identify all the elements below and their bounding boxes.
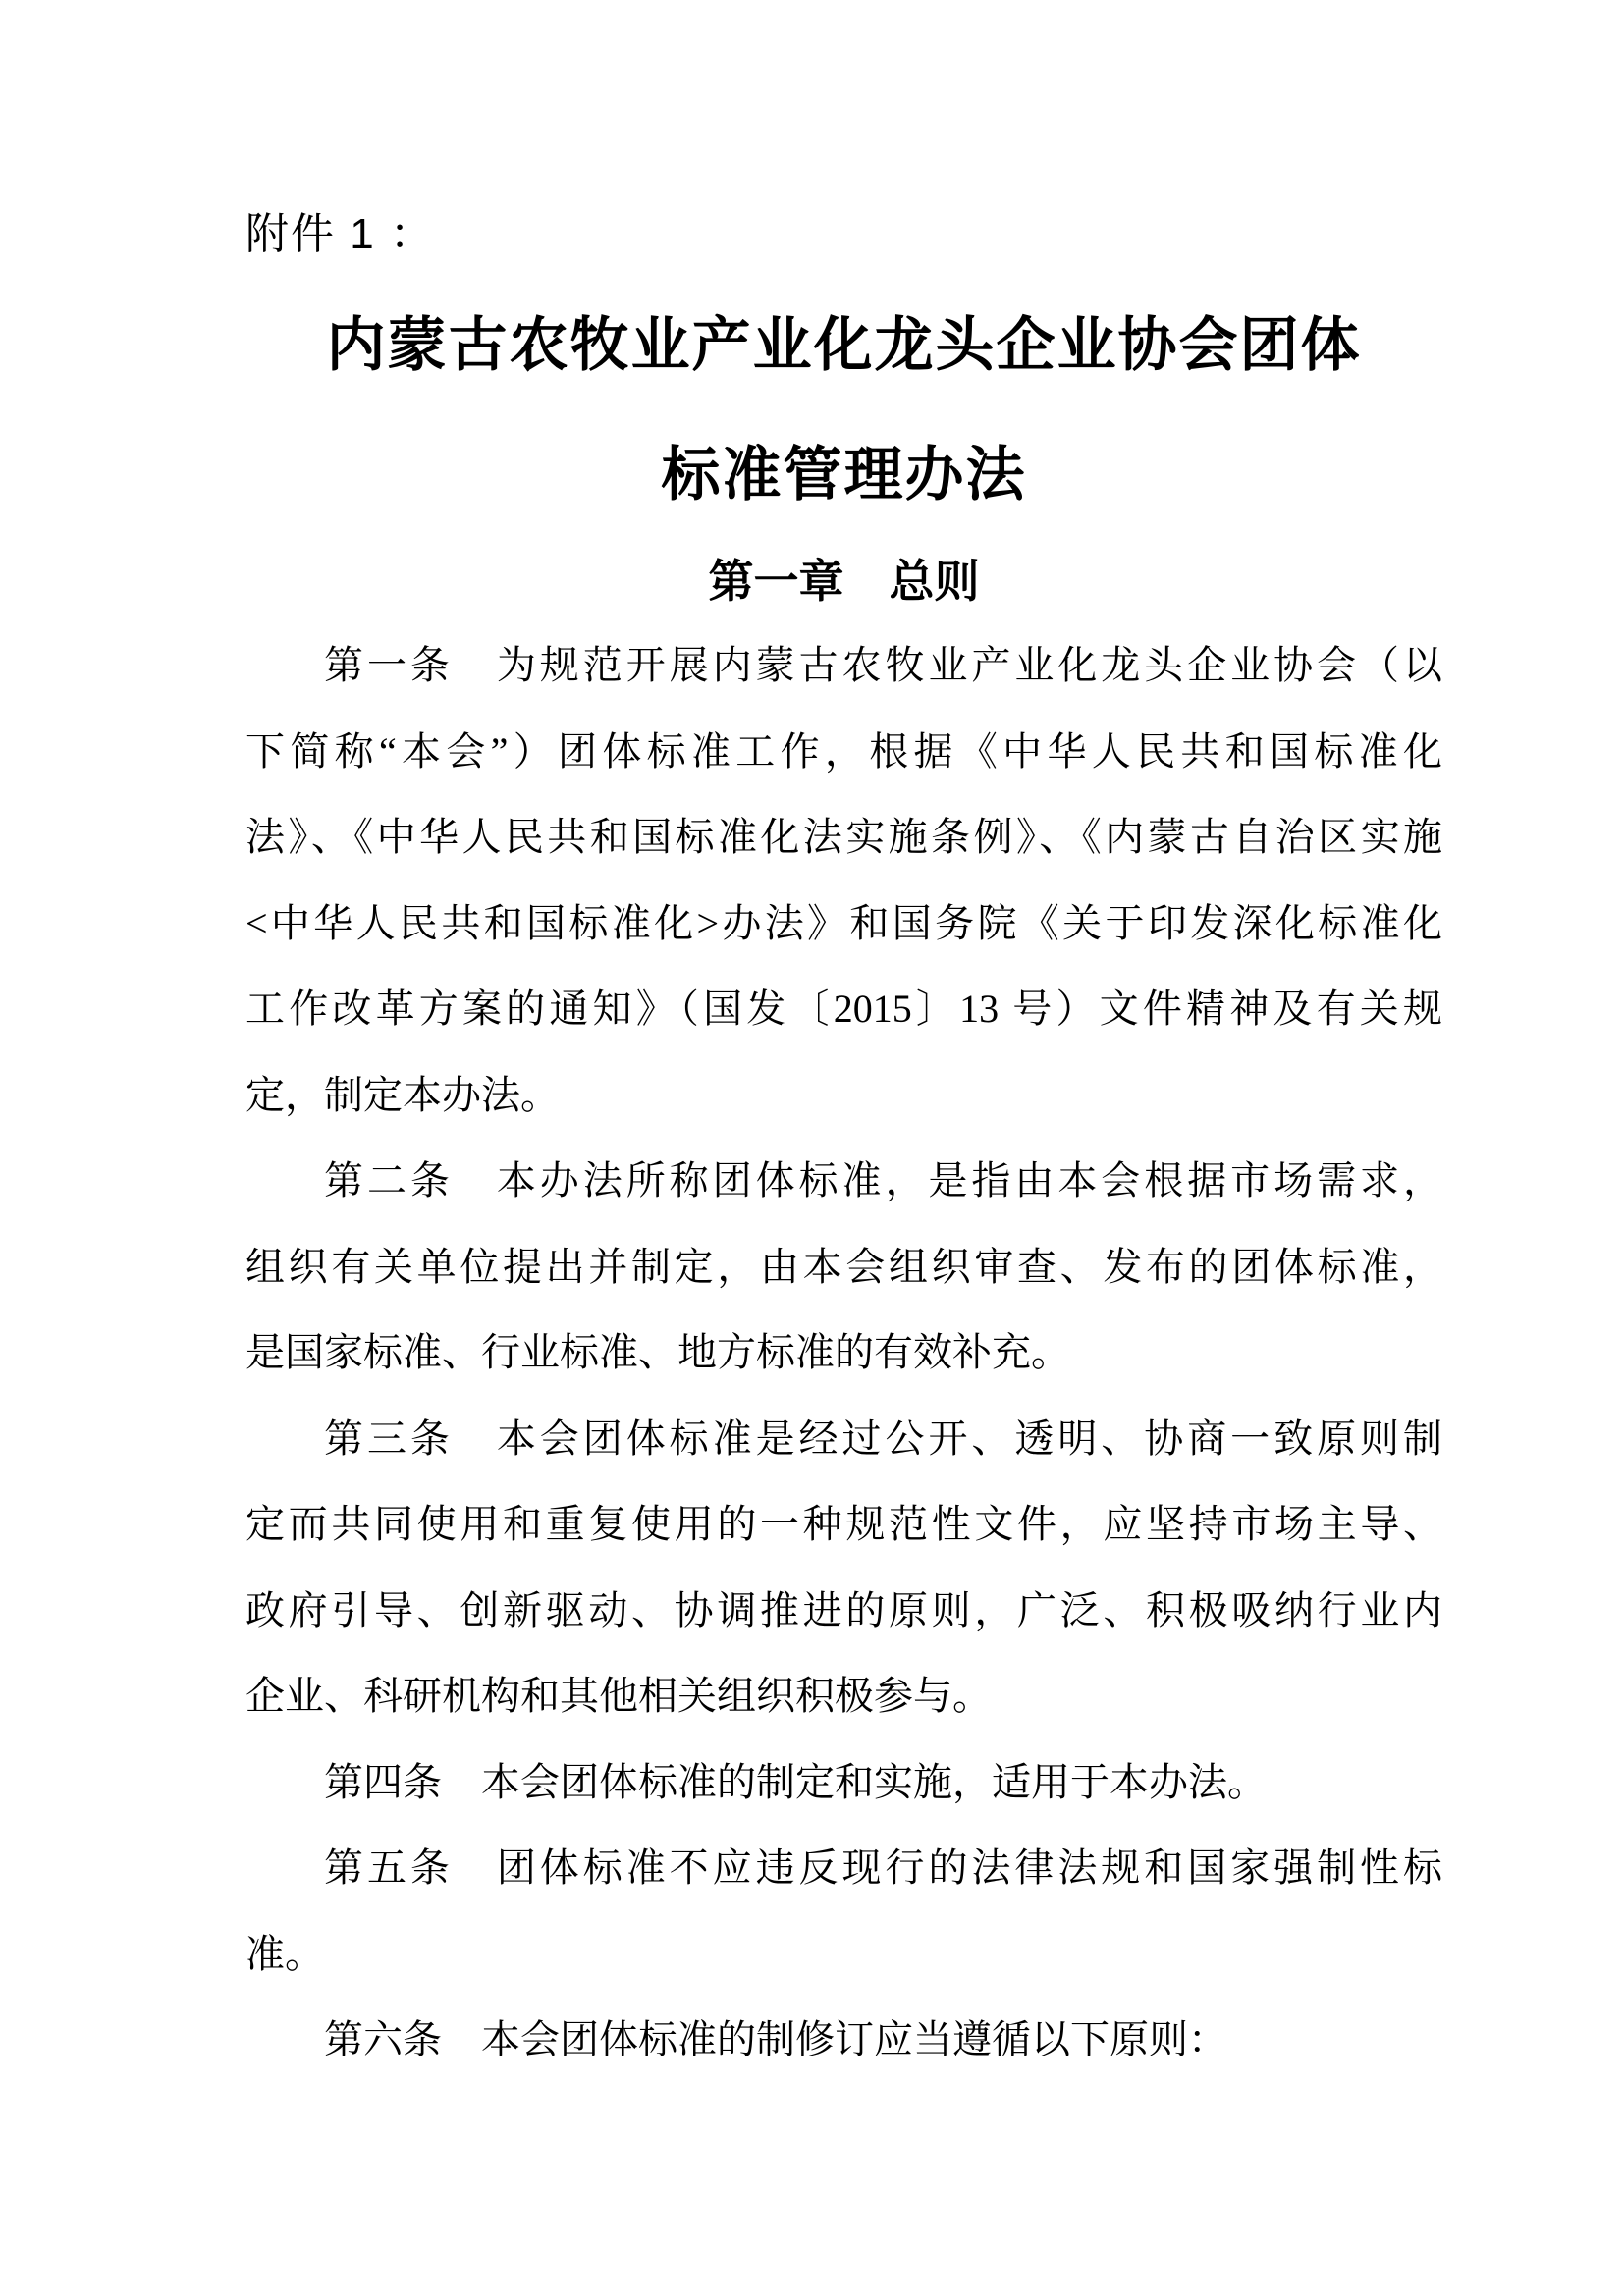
body-line: 政府引导、创新驱动、协调推进的原则，广泛、积极吸纳行业内 bbox=[245, 1568, 1442, 1654]
body-line: 企业、科研机构和其他相关组织积极参与。 bbox=[245, 1653, 1442, 1739]
body-line: 第六条 本会团体标准的制修订应当遵循以下原则： bbox=[245, 1997, 1442, 2083]
paragraph: 第一条 为规范开展内蒙古农牧业产业化龙头企业协会（以下简称“本会”）团体标准工作… bbox=[245, 622, 1442, 1138]
body-line: <中华人民共和国标准化>办法》和国务院《关于印发深化标准化 bbox=[245, 881, 1442, 967]
paragraph: 第二条 本办法所称团体标准，是指由本会根据市场需求，组织有关单位提出并制定，由本… bbox=[245, 1138, 1442, 1396]
body-line: 法》、《中华人民共和国标准化法实施条例》、《内蒙古自治区实施 bbox=[245, 794, 1442, 881]
body-line: 第五条 团体标准不应违反现行的法律法规和国家强制性标 bbox=[245, 1825, 1442, 1911]
body-line: 工作改革方案的通知》（国发〔2015〕13 号）文件精神及有关规 bbox=[245, 966, 1442, 1052]
body-line: 第一条 为规范开展内蒙古农牧业产业化龙头企业协会（以 bbox=[245, 622, 1442, 709]
body-line: 第四条 本会团体标准的制定和实施，适用于本办法。 bbox=[245, 1739, 1442, 1826]
body-line: 是国家标准、行业标准、地方标准的有效补充。 bbox=[245, 1309, 1442, 1396]
document-body: 第一条 为规范开展内蒙古农牧业产业化龙头企业协会（以下简称“本会”）团体标准工作… bbox=[245, 622, 1442, 2083]
body-line: 组织有关单位提出并制定，由本会组织审查、发布的团体标准， bbox=[245, 1224, 1442, 1310]
paragraph: 第三条 本会团体标准是经过公开、透明、协商一致原则制定而共同使用和重复使用的一种… bbox=[245, 1396, 1442, 1739]
paragraph: 第四条 本会团体标准的制定和实施，适用于本办法。 bbox=[245, 1739, 1442, 1826]
attachment-label: 附件 1 ： bbox=[245, 206, 1442, 263]
body-line: 准。 bbox=[245, 1911, 1442, 1998]
body-line: 第三条 本会团体标准是经过公开、透明、协商一致原则制 bbox=[245, 1396, 1442, 1482]
chapter-heading: 第一章 总则 bbox=[245, 550, 1442, 613]
document-title-line-2: 标准管理办法 bbox=[245, 430, 1442, 520]
paragraph: 第六条 本会团体标准的制修订应当遵循以下原则： bbox=[245, 1997, 1442, 2083]
body-line: 定而共同使用和重复使用的一种规范性文件，应坚持市场主导、 bbox=[245, 1481, 1442, 1568]
paragraph: 第五条 团体标准不应违反现行的法律法规和国家强制性标准。 bbox=[245, 1825, 1442, 1997]
document-title-line-1: 内蒙古农牧业产业化龙头企业协会团体 bbox=[245, 300, 1442, 391]
body-line: 下简称“本会”）团体标准工作，根据《中华人民共和国标准化 bbox=[245, 709, 1442, 795]
document-page: 附件 1 ： 内蒙古农牧业产业化龙头企业协会团体 标准管理办法 第一章 总则 第… bbox=[0, 0, 1624, 2296]
body-line: 定，制定本办法。 bbox=[245, 1052, 1442, 1139]
body-line: 第二条 本办法所称团体标准，是指由本会根据市场需求， bbox=[245, 1138, 1442, 1224]
document-content: 附件 1 ： 内蒙古农牧业产业化龙头企业协会团体 标准管理办法 第一章 总则 第… bbox=[0, 206, 1624, 2083]
